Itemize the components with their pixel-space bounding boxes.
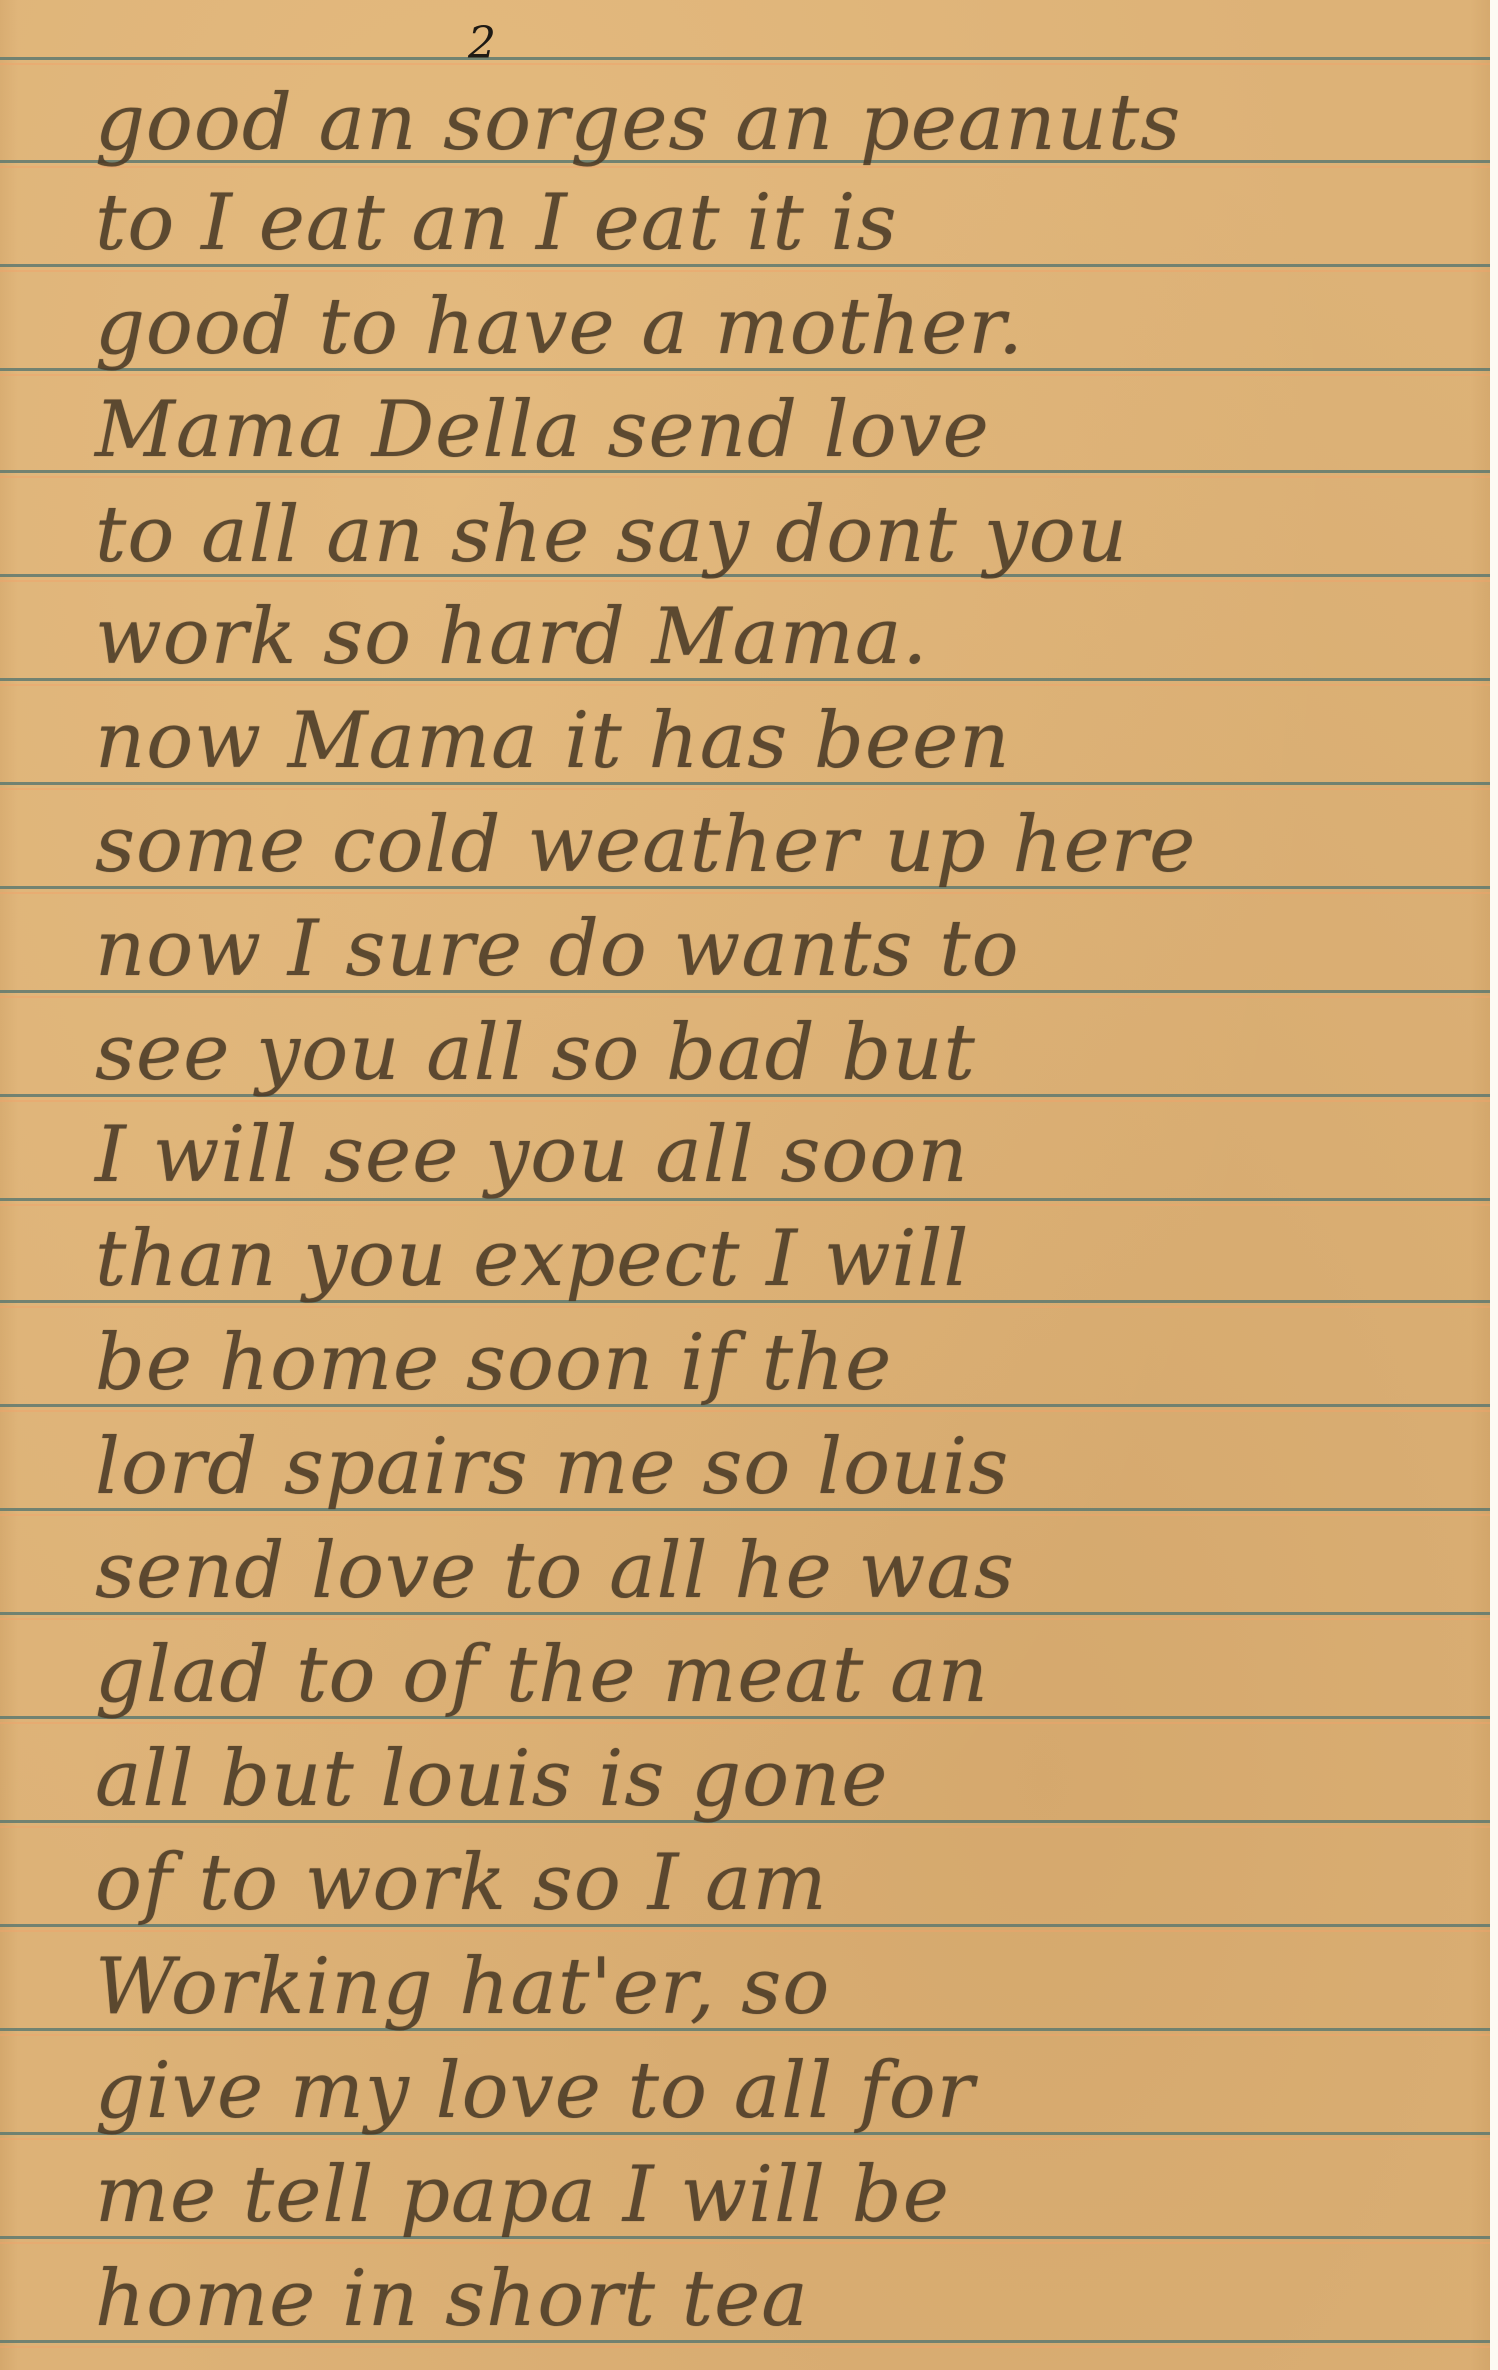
handwritten-line: of to work so I am [95,1838,1485,1928]
handwritten-line: lord spairs me so louis [95,1422,1485,1512]
handwritten-line: I will see you all soon [95,1110,1485,1200]
handwritten-line: to I eat an I eat it is [95,178,1485,268]
scan-margin [1490,0,1498,2370]
handwritten-line: now Mama it has been [95,696,1485,786]
handwritten-line: to all an she say dont you [95,490,1485,580]
handwritten-line: good to have a mother. [95,282,1485,372]
handwritten-line: give my love to all for [95,2046,1485,2136]
handwritten-line: Mama Della send love [95,385,1485,475]
letter-page: 2 good an sorges an peanuts to I eat an … [0,0,1490,2370]
handwritten-line: be home soon if the [95,1318,1485,1408]
handwritten-line: good an sorges an peanuts [95,78,1485,168]
page-number: 2 [468,18,496,69]
handwritten-line: Working hat'er, so [95,1942,1485,2032]
handwritten-line: glad to of the meat an [95,1630,1485,1720]
handwritten-line: than you expect I will [95,1214,1485,1304]
handwritten-line: all but louis is gone [95,1734,1485,1824]
handwritten-line: home in short tea [95,2254,1485,2344]
handwritten-line: send love to all he was [95,1526,1485,1616]
handwritten-line: some cold weather up here [95,800,1485,890]
handwritten-line: now I sure do wants to [95,904,1485,994]
ruled-line [0,57,1490,60]
handwritten-line: work so hard Mama. [95,592,1485,682]
handwritten-line: me tell papa I will be [95,2150,1485,2240]
handwritten-line: see you all so bad but [95,1008,1485,1098]
